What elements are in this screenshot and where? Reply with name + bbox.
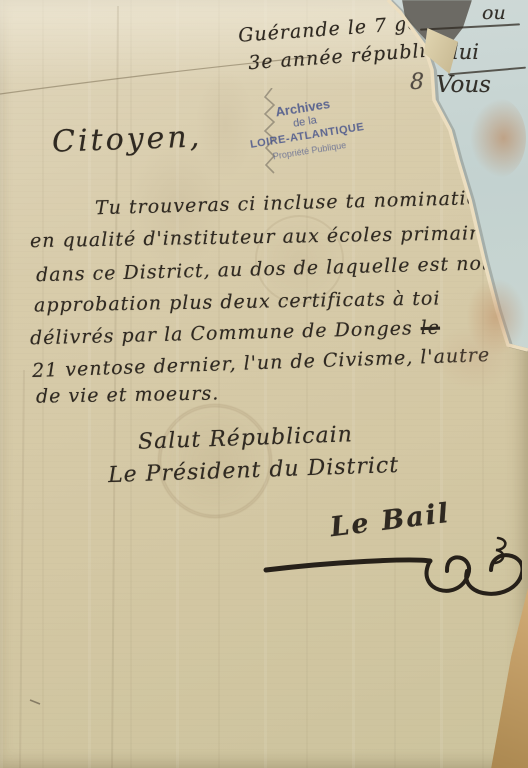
body-line-4: approbation plus deux certificats à toi (34, 287, 441, 316)
backing-surface-corner (488, 588, 528, 768)
closing-line-2: Le Président du District (108, 453, 400, 488)
body-line-3: dans ce District, au dos de laquelle est… (36, 252, 513, 286)
fragment-word-top: ou (482, 2, 506, 24)
closing-line-1: Salut Républicain (138, 422, 354, 454)
body-line-5-text: délivrés par la Commune de Donges (30, 317, 413, 349)
salutation: Citoyen, (51, 119, 202, 159)
body-line-2: en qualité d'instituteur aux écoles prim… (30, 222, 502, 252)
signature-paraph (262, 536, 522, 614)
signature-name: Le Bail (329, 498, 452, 543)
body-line-6: 21 ventose dernier, l'un de Civisme, l'a… (32, 344, 491, 382)
fragment-word-vous: Vous (436, 72, 491, 98)
archives-stamp: Archives de la LOIRE-ATLANTIQUE Propriét… (244, 91, 367, 165)
crossed-out-word: le (420, 317, 440, 339)
letter-photograph: Guérande le 7 germinal 3e année républic… (0, 0, 528, 768)
body-line-1: Tu trouveras ci incluse ta nomination (95, 187, 493, 219)
body-line-7: de vie et moeurs. (36, 382, 220, 407)
pencil-number: 8 (410, 70, 425, 95)
body-line-5: délivrés par la Commune de Dongesle (30, 317, 441, 350)
